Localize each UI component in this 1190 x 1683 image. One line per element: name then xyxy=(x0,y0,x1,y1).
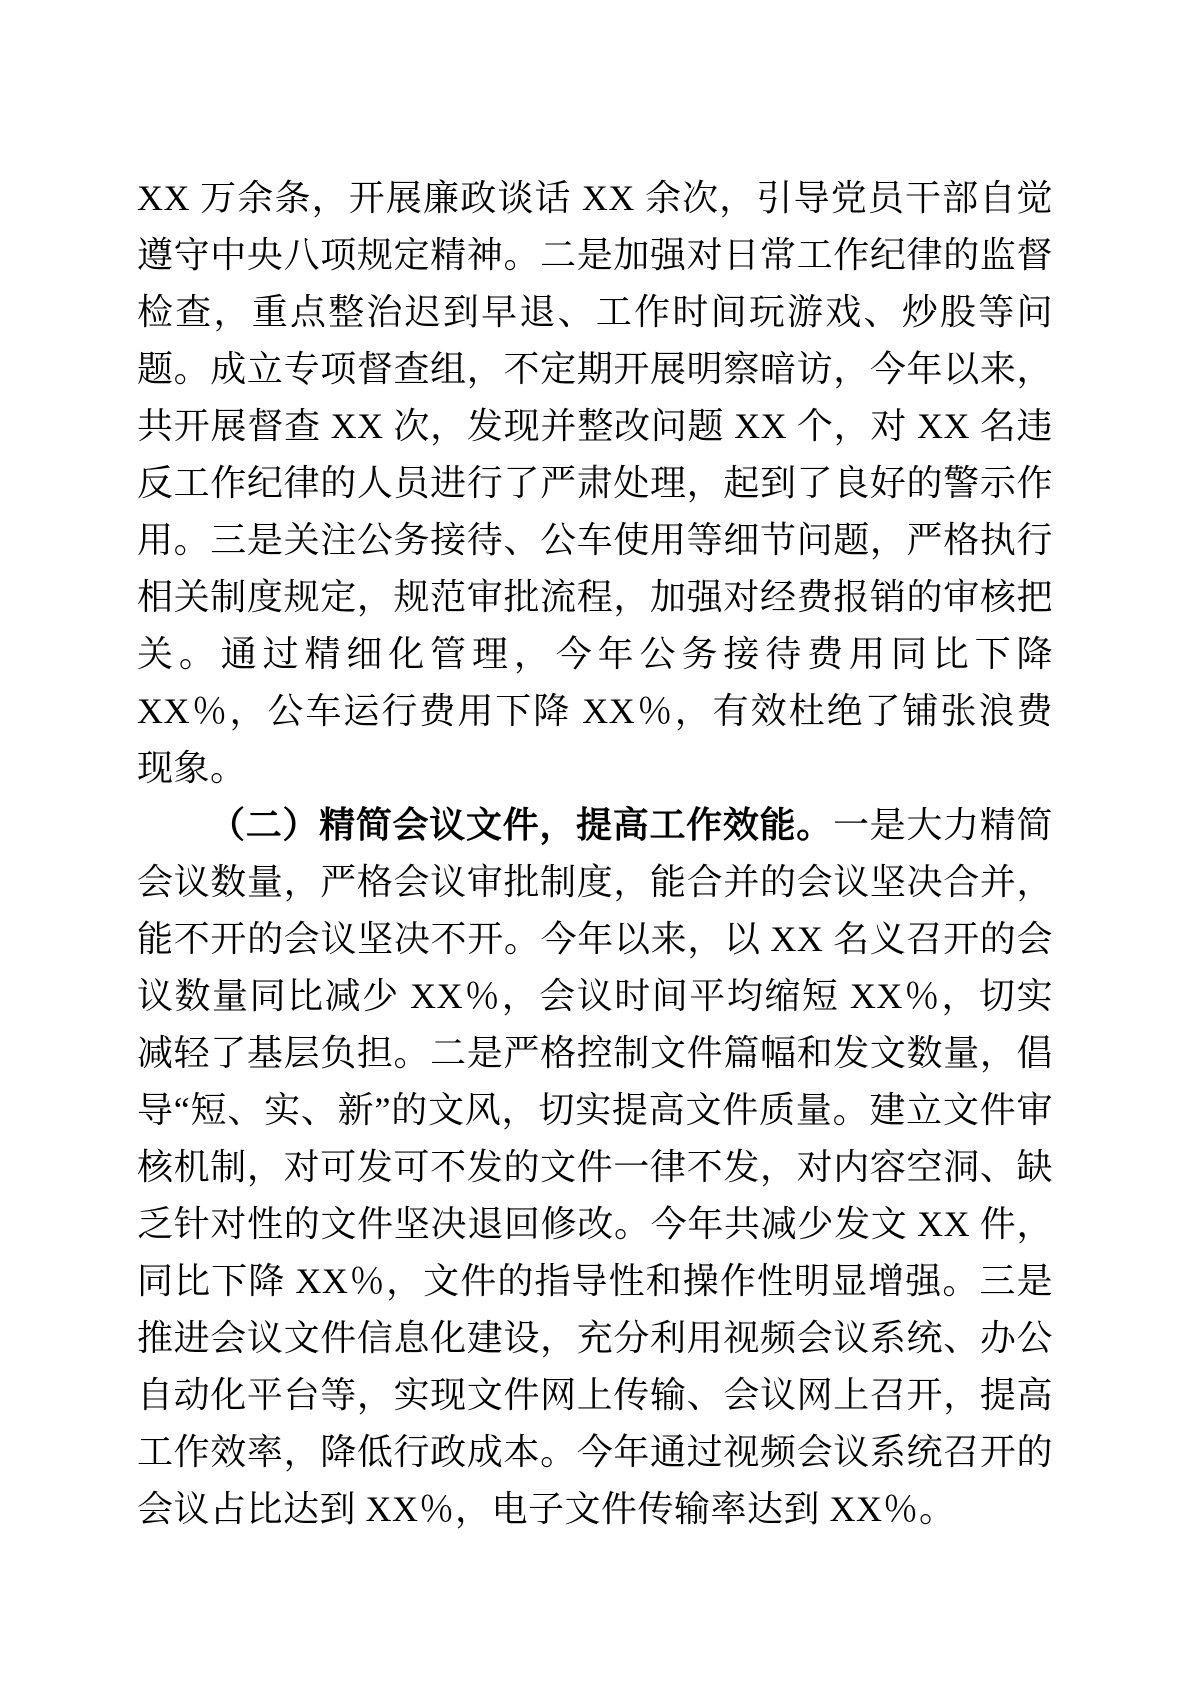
document-content: XX 万余条，开展廉政谈话 XX 余次，引导党员干部自觉遵守中央八项规定精神。二… xyxy=(137,170,1053,1538)
document-page: XX 万余条，开展廉政谈话 XX 余次，引导党员干部自觉遵守中央八项规定精神。二… xyxy=(0,0,1190,1683)
body-text-run: 一是大力精简会议数量，严格会议审批制度，能合并的会议坚决合并，能不开的会议坚决不… xyxy=(137,805,1053,1529)
body-text-run: XX 万余条，开展廉政谈话 XX 余次，引导党员干部自觉遵守中央八项规定精神。二… xyxy=(137,178,1053,788)
paragraph-section-two: （二）精简会议文件，提高工作效能。一是大力精简会议数量，严格会议审批制度，能合并… xyxy=(137,797,1053,1538)
section-heading-run: （二）精简会议文件，提高工作效能。 xyxy=(209,805,833,845)
paragraph-continuation: XX 万余条，开展廉政谈话 XX 余次，引导党员干部自觉遵守中央八项规定精神。二… xyxy=(137,170,1053,797)
